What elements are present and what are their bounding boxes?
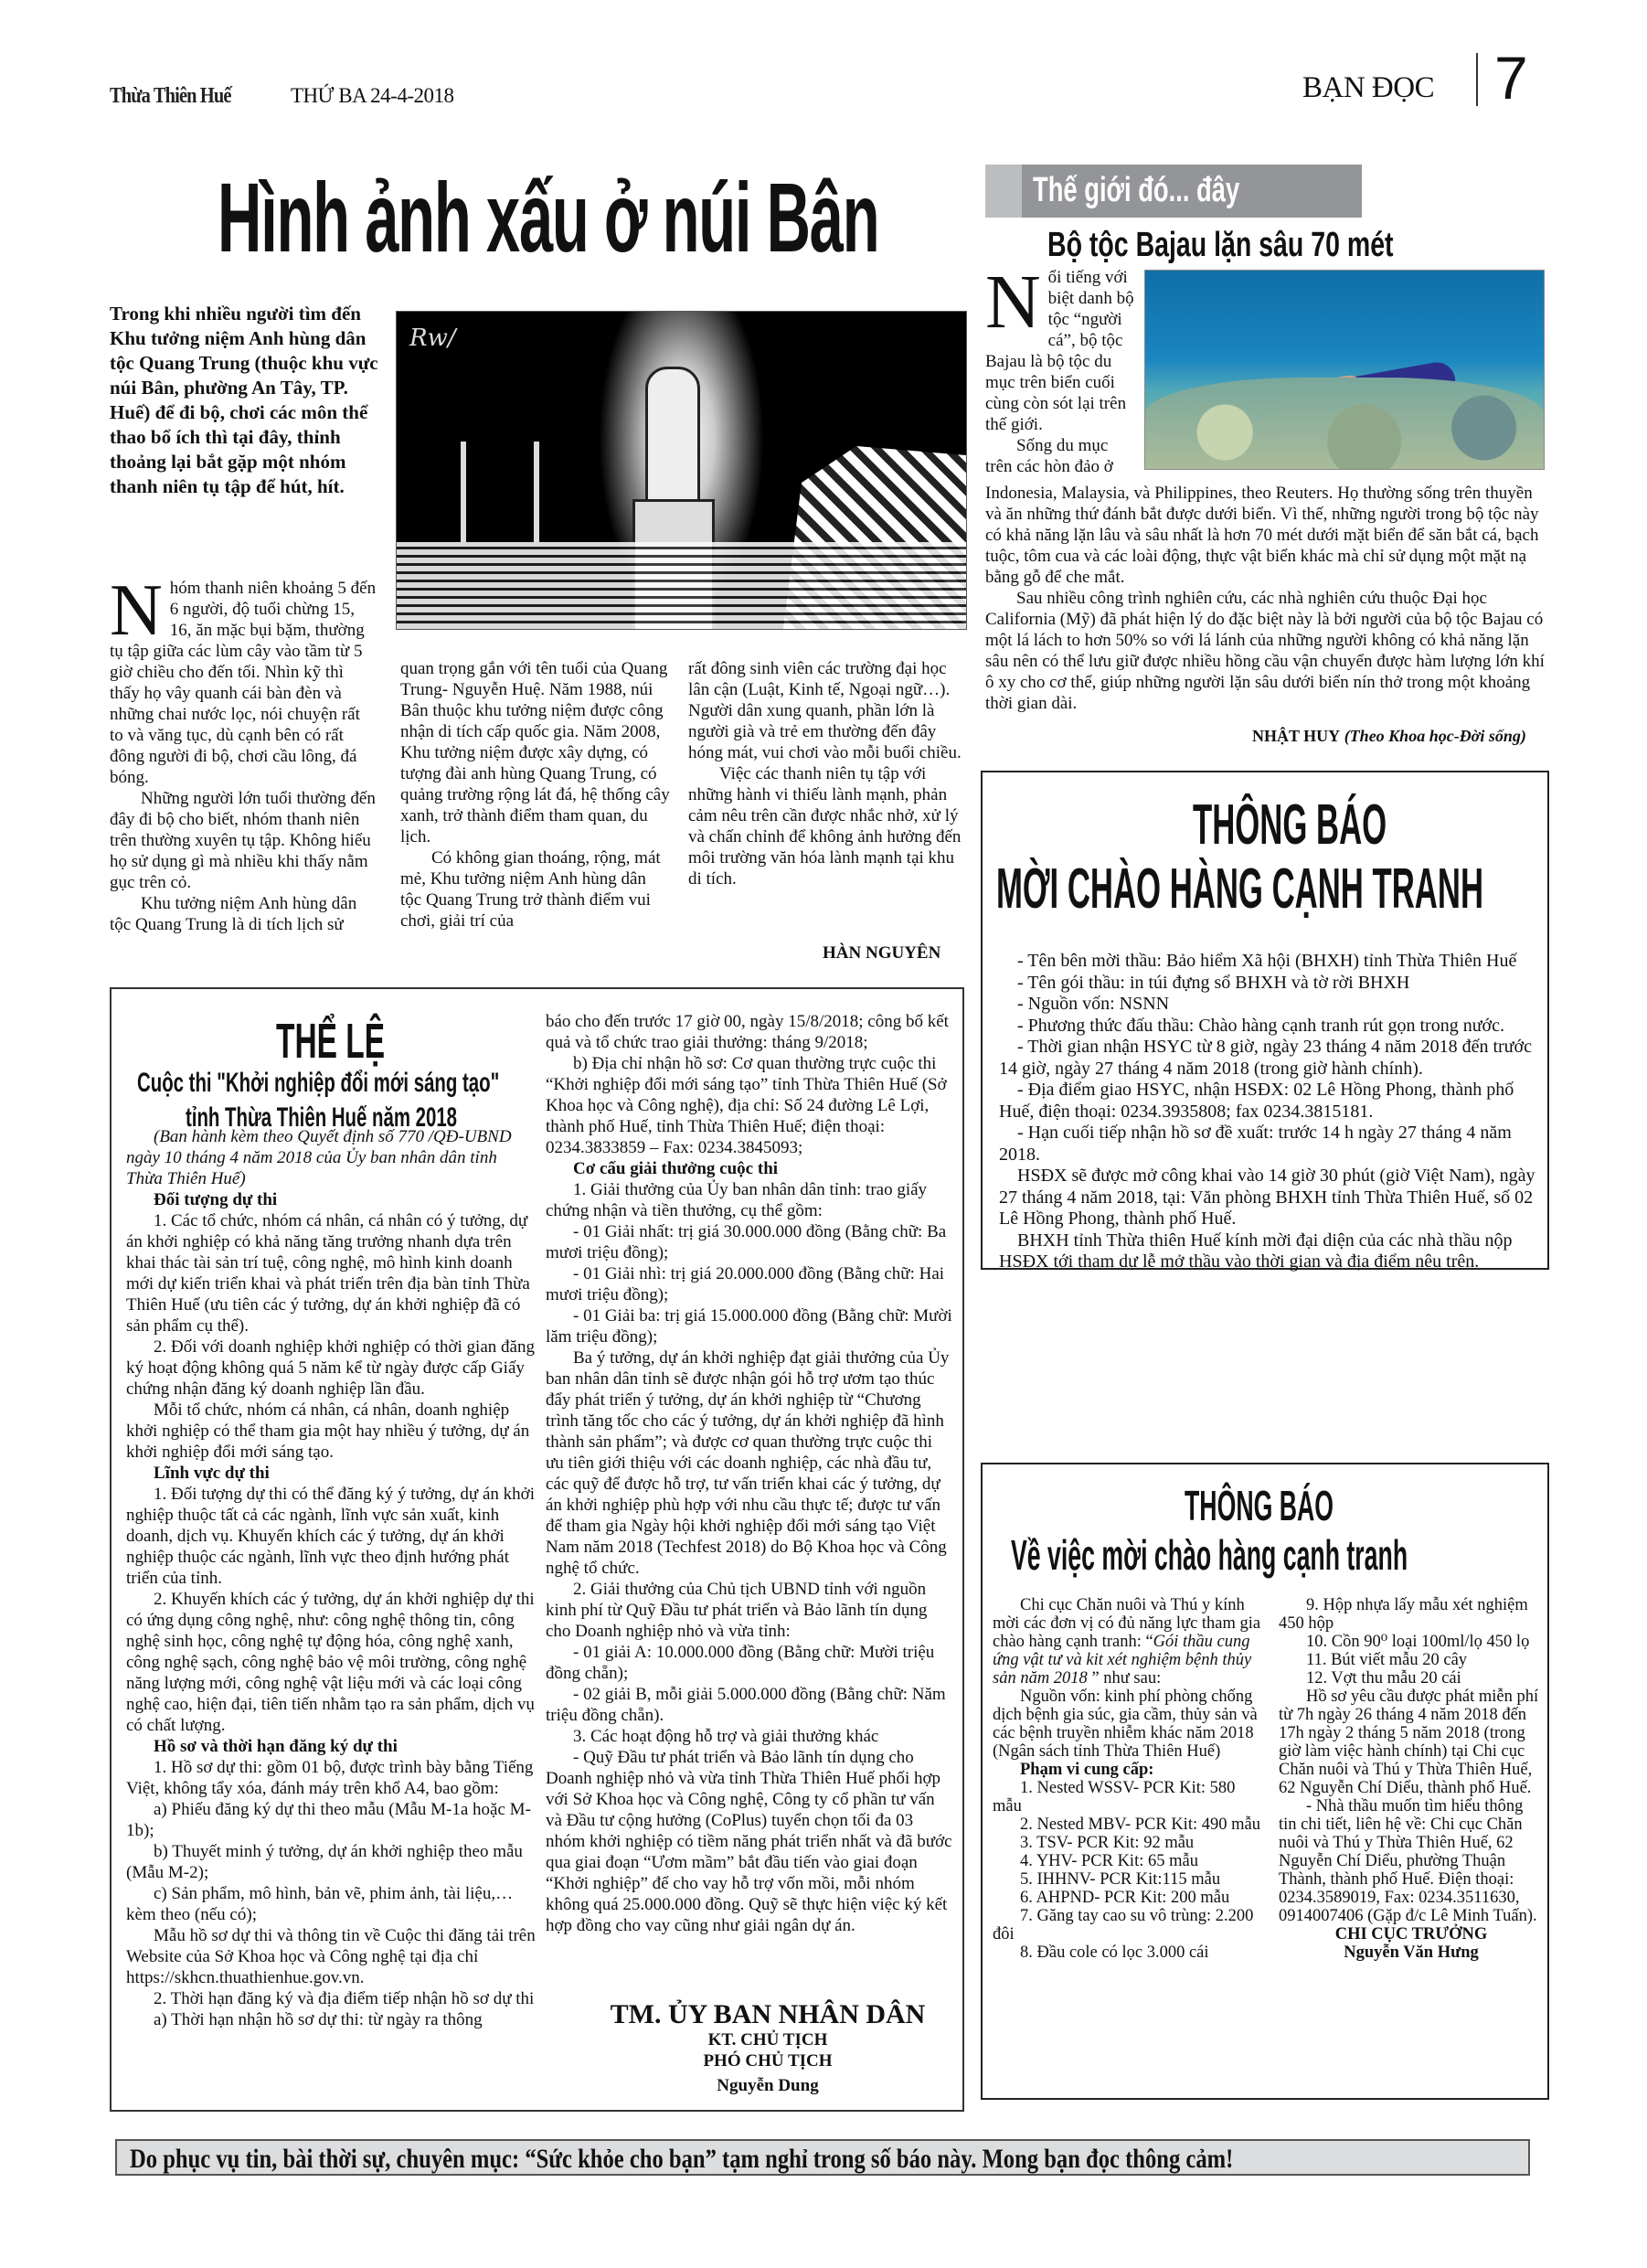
rule-item: 2. Giải thưởng của Chủ tịch UBND tỉnh vớ… <box>546 1579 953 1642</box>
notice-intro: Chi cục Chăn nuôi và Thú y kính mời các … <box>993 1596 1263 1688</box>
rule-item: 1. Hồ sơ dự thi: gồm 01 bộ, được trình b… <box>126 1757 536 1799</box>
footer-notice-bar: Do phục vụ tin, bài thời sự, chuyên mục:… <box>115 2139 1530 2176</box>
paragraph: Những người lớn tuổi thường đến đây đi b… <box>110 788 377 893</box>
rule-item: - 01 Giải ba: trị giá 15.000.000 đồng (B… <box>546 1305 953 1347</box>
livestock-notice-column-2: 9. Hộp nhựa lấy mẫu xét nghiệm 450 hộp 1… <box>1279 1596 1544 1962</box>
rules-subtitle: Cuộc thi "Khởi nghiệp đổi mới sáng tạo" <box>137 1068 499 1099</box>
rule-item: a) Thời hạn nhận hồ sơ dự thi: từ ngày r… <box>126 2009 536 2030</box>
notice-item: HSĐX sẽ được mở công khai vào 14 giờ 30 … <box>999 1166 1538 1230</box>
bhxh-notice-subtitle: MỜI CHÀO HÀNG CẠNH TRANH <box>996 859 1483 920</box>
scope-item: 8. Đầu cole có lọc 3.000 cái <box>993 1943 1263 1962</box>
paragraph: Khu tưởng niệm Anh hùng dân tộc Quang Tr… <box>110 893 377 935</box>
scope-item: 3. TSV- PCR Kit: 92 mẫu <box>993 1834 1263 1852</box>
rule-item: 2. Đối với doanh nghiệp khởi nghiệp có t… <box>126 1336 536 1400</box>
scope-item: 1. Nested WSSV- PCR Kit: 580 mẫu <box>993 1779 1263 1815</box>
section-heading: Cơ cấu giải thưởng cuộc thi <box>546 1158 953 1179</box>
rule-item: Mỗi tổ chức, nhóm cá nhân, cá nhân, doan… <box>126 1400 536 1463</box>
scope-item: 9. Hộp nhựa lấy mẫu xét nghiệm 450 hộp <box>1279 1596 1544 1633</box>
notice-contact: - Nhà thầu muốn tìm hiểu thông tin chi t… <box>1279 1797 1544 1925</box>
sign-title: PHÓ CHỦ TỊCH <box>585 2050 951 2071</box>
rule-item: - 02 giải B, mỗi giải 5.000.000 đồng (Bằ… <box>546 1684 953 1726</box>
footer-notice-text: Do phục vụ tin, bài thời sự, chuyên mục:… <box>130 2145 1233 2174</box>
paragraph: Sau nhiều công trình nghiên cứu, các nhà… <box>985 588 1552 714</box>
notice-item: - Tên gói thầu: in túi đựng sổ BHXH và t… <box>999 973 1538 995</box>
byline-source: (Theo Khoa học-Đời sống) <box>1344 727 1526 745</box>
dropcap: N <box>110 581 163 640</box>
paragraph: Indonesia, Malaysia, và Philippines, the… <box>985 483 1552 588</box>
section-heading: Lĩnh vực dự thi <box>126 1463 536 1484</box>
ground-shape <box>397 542 966 629</box>
bajau-body: Indonesia, Malaysia, và Philippines, the… <box>985 483 1552 714</box>
rules-signature: TM. ỦY BAN NHÂN DÂN KT. CHỦ TỊCH PHÓ CHỦ… <box>585 2000 951 2096</box>
bhxh-notice-title: THÔNG BÁO <box>1193 795 1387 856</box>
newspaper-name: Thừa Thiên Huế <box>110 84 231 109</box>
article-column-1: Nhóm thanh niên khoảng 5 đến 6 người, độ… <box>110 578 377 935</box>
rule-item: b) Địa chỉ nhận hồ sơ: Cơ quan thường tr… <box>546 1053 953 1158</box>
notice-item: BHXH tỉnh Thừa thiên Huế kính mời đại di… <box>999 1230 1538 1273</box>
paragraph: rất đông sinh viên các trường đại học lâ… <box>688 658 962 763</box>
bajau-intro: Nổi tiếng với biệt danh bộ tộc “người cá… <box>985 267 1136 477</box>
rule-item: - 01 Giải nhất: trị giá 30.000.000 đồng … <box>546 1221 953 1263</box>
rules-title: THỂ LỆ <box>276 1015 385 1068</box>
signer-title: CHI CỤC TRƯỞNG <box>1279 1925 1544 1943</box>
main-headline: Hình ảnh xấu ở núi Bân <box>218 163 878 272</box>
rubric-banner: Thế giới đó... đây <box>985 165 1362 218</box>
page-number: 7 <box>1494 48 1528 108</box>
rule-item: 1. Các tổ chức, nhóm cá nhân, cá nhân có… <box>126 1210 536 1336</box>
sign-org: TM. ỦY BAN NHÂN DÂN <box>585 2000 951 2029</box>
section-heading: Hồ sơ và thời hạn đăng ký dự thi <box>126 1736 536 1757</box>
scope-item: 2. Nested MBV- PCR Kit: 490 mẫu <box>993 1815 1263 1834</box>
statue-shape <box>645 367 700 504</box>
rules-column-2: báo cho đến trước 17 giờ 00, ngày 15/8/2… <box>546 1011 953 1936</box>
section-name: BẠN ĐỌC <box>1302 71 1434 105</box>
bajau-headline: Bộ tộc Bajau lặn sâu 70 mét <box>1047 225 1394 265</box>
livestock-notice-subtitle: Về việc mời chào hàng cạnh tranh <box>1011 1532 1408 1578</box>
notice-item: - Phương thức đấu thầu: Chào hàng cạnh t… <box>999 1016 1538 1038</box>
coral-reef-shape <box>1145 378 1544 469</box>
notice-item: - Địa điểm giao HSYC, nhận HSĐX: 02 Lê H… <box>999 1080 1538 1123</box>
rule-item: c) Sản phẩm, mô hình, bản vẽ, phim ảnh, … <box>126 1883 536 1925</box>
scope-item: 4. YHV- PCR Kit: 65 mẫu <box>993 1852 1263 1870</box>
tree-shape <box>534 442 539 542</box>
rules-note: (Ban hành kèm theo Quyết định số 770 /QĐ… <box>126 1126 536 1189</box>
artist-signature: Rw/ <box>409 325 456 352</box>
article-byline: HÀN NGUYÊN <box>823 943 940 964</box>
scope-item: 11. Bút viết mẫu 20 cây <box>1279 1651 1544 1669</box>
livestock-notice-title: THÔNG BÁO <box>1185 1483 1334 1528</box>
notice-item: - Hạn cuối tiếp nhận hồ sơ đề xuất: trướ… <box>999 1123 1538 1166</box>
rules-column-1: (Ban hành kèm theo Quyết định số 770 /QĐ… <box>126 1126 536 2030</box>
scope-heading: Phạm vi cung cấp: <box>993 1761 1263 1779</box>
article-column-3: rất đông sinh viên các trường đại học lâ… <box>688 658 962 889</box>
scope-item: 5. IHHNV- PCR Kit:115 mẫu <box>993 1870 1263 1889</box>
scope-item: 6. AHPND- PCR Kit: 200 mẫu <box>993 1889 1263 1907</box>
rule-item: Ba ý tưởng, dự án khởi nghiệp đạt giải t… <box>546 1347 953 1579</box>
bajau-byline: NHẬT HUY (Theo Khoa học-Đời sống) <box>1252 727 1526 746</box>
rule-item: 1. Giải thưởng của Ủy ban nhân dân tỉnh:… <box>546 1179 953 1221</box>
notice-item: - Thời gian nhận HSYC từ 8 giờ, ngày 23 … <box>999 1037 1538 1080</box>
sign-name: Nguyễn Dung <box>585 2075 951 2096</box>
rule-item: 2. Khuyến khích các ý tưởng, dự án khởi … <box>126 1589 536 1736</box>
rubric-tab <box>985 165 1022 218</box>
scope-item: 7. Găng tay cao su vô trùng: 2.200 đôi <box>993 1907 1263 1943</box>
notice-issuance: Hồ sơ yêu cầu được phát miễn phí từ 7h n… <box>1279 1688 1544 1797</box>
rule-item: 1. Đối tượng dự thi có thể đăng ký ý tưở… <box>126 1484 536 1589</box>
rule-item: b) Thuyết minh ý tưởng, dự án khởi nghiệ… <box>126 1841 536 1883</box>
issue-date: THỨ BA 24-4-2018 <box>291 84 454 108</box>
paragraph: Việc các thanh niên tụ tập với những hàn… <box>688 763 962 889</box>
article-lead: Trong khi nhiều người tìm đến Khu tưởng … <box>110 302 384 499</box>
scope-item: 10. Cồn 90⁰ loại 100ml/lọ 450 lọ <box>1279 1633 1544 1651</box>
rule-item: 2. Thời hạn đăng ký và địa điểm tiếp nhậ… <box>126 1988 536 2009</box>
rule-item: - Quỹ Đầu tư phát triển và Bảo lãnh tín … <box>546 1747 953 1936</box>
paragraph: Có không gian thoáng, rộng, mát mẻ, Khu … <box>400 847 671 932</box>
notice-item: - Tên bên mời thầu: Bảo hiểm Xã hội (BHX… <box>999 951 1538 973</box>
rule-item: Mẫu hồ sơ dự thi và thông tin về Cuộc th… <box>126 1925 536 1988</box>
paragraph: quan trọng gắn với tên tuổi của Quang Tr… <box>400 658 671 847</box>
tree-shape <box>461 442 466 542</box>
byline-name: NHẬT HUY <box>1252 727 1340 745</box>
notice-item: - Nguồn vốn: NSNN <box>999 994 1538 1016</box>
rule-item: - 01 Giải nhì: trị giá 20.000.000 đồng (… <box>546 1263 953 1305</box>
section-heading: Đối tượng dự thi <box>126 1189 536 1210</box>
dropcap: N <box>985 271 1041 335</box>
bhxh-notice-body: - Tên bên mời thầu: Bảo hiểm Xã hội (BHX… <box>999 951 1538 1273</box>
signer-name: Nguyễn Văn Hưng <box>1279 1943 1544 1962</box>
rule-item: báo cho đến trước 17 giờ 00, ngày 15/8/2… <box>546 1011 953 1053</box>
rule-item: a) Phiếu đăng ký dự thi theo mẫu (Mẫu M-… <box>126 1799 536 1841</box>
livestock-notice-column-1: Chi cục Chăn nuôi và Thú y kính mời các … <box>993 1596 1263 1962</box>
rubric-label: Thế giới đó... đây <box>1033 170 1239 210</box>
header-divider <box>1476 53 1478 106</box>
scope-item: 12. Vợt thu mẫu 20 cái <box>1279 1669 1544 1688</box>
article-column-2: quan trọng gắn với tên tuổi của Quang Tr… <box>400 658 671 932</box>
sign-kt: KT. CHỦ TỊCH <box>585 2029 951 2050</box>
statue-illustration: Rw/ <box>396 311 967 630</box>
bajau-diver-photo <box>1144 270 1545 470</box>
paragraph: Sống du mục trên các hòn đảo ở <box>985 435 1136 477</box>
rule-item: 3. Các hoạt động hỗ trợ và giải thưởng k… <box>546 1726 953 1747</box>
rule-item: - 01 giải A: 10.000.000 đồng (Bằng chữ: … <box>546 1642 953 1684</box>
notice-funding: Nguồn vốn: kinh phí phòng chống dịch bện… <box>993 1688 1263 1761</box>
